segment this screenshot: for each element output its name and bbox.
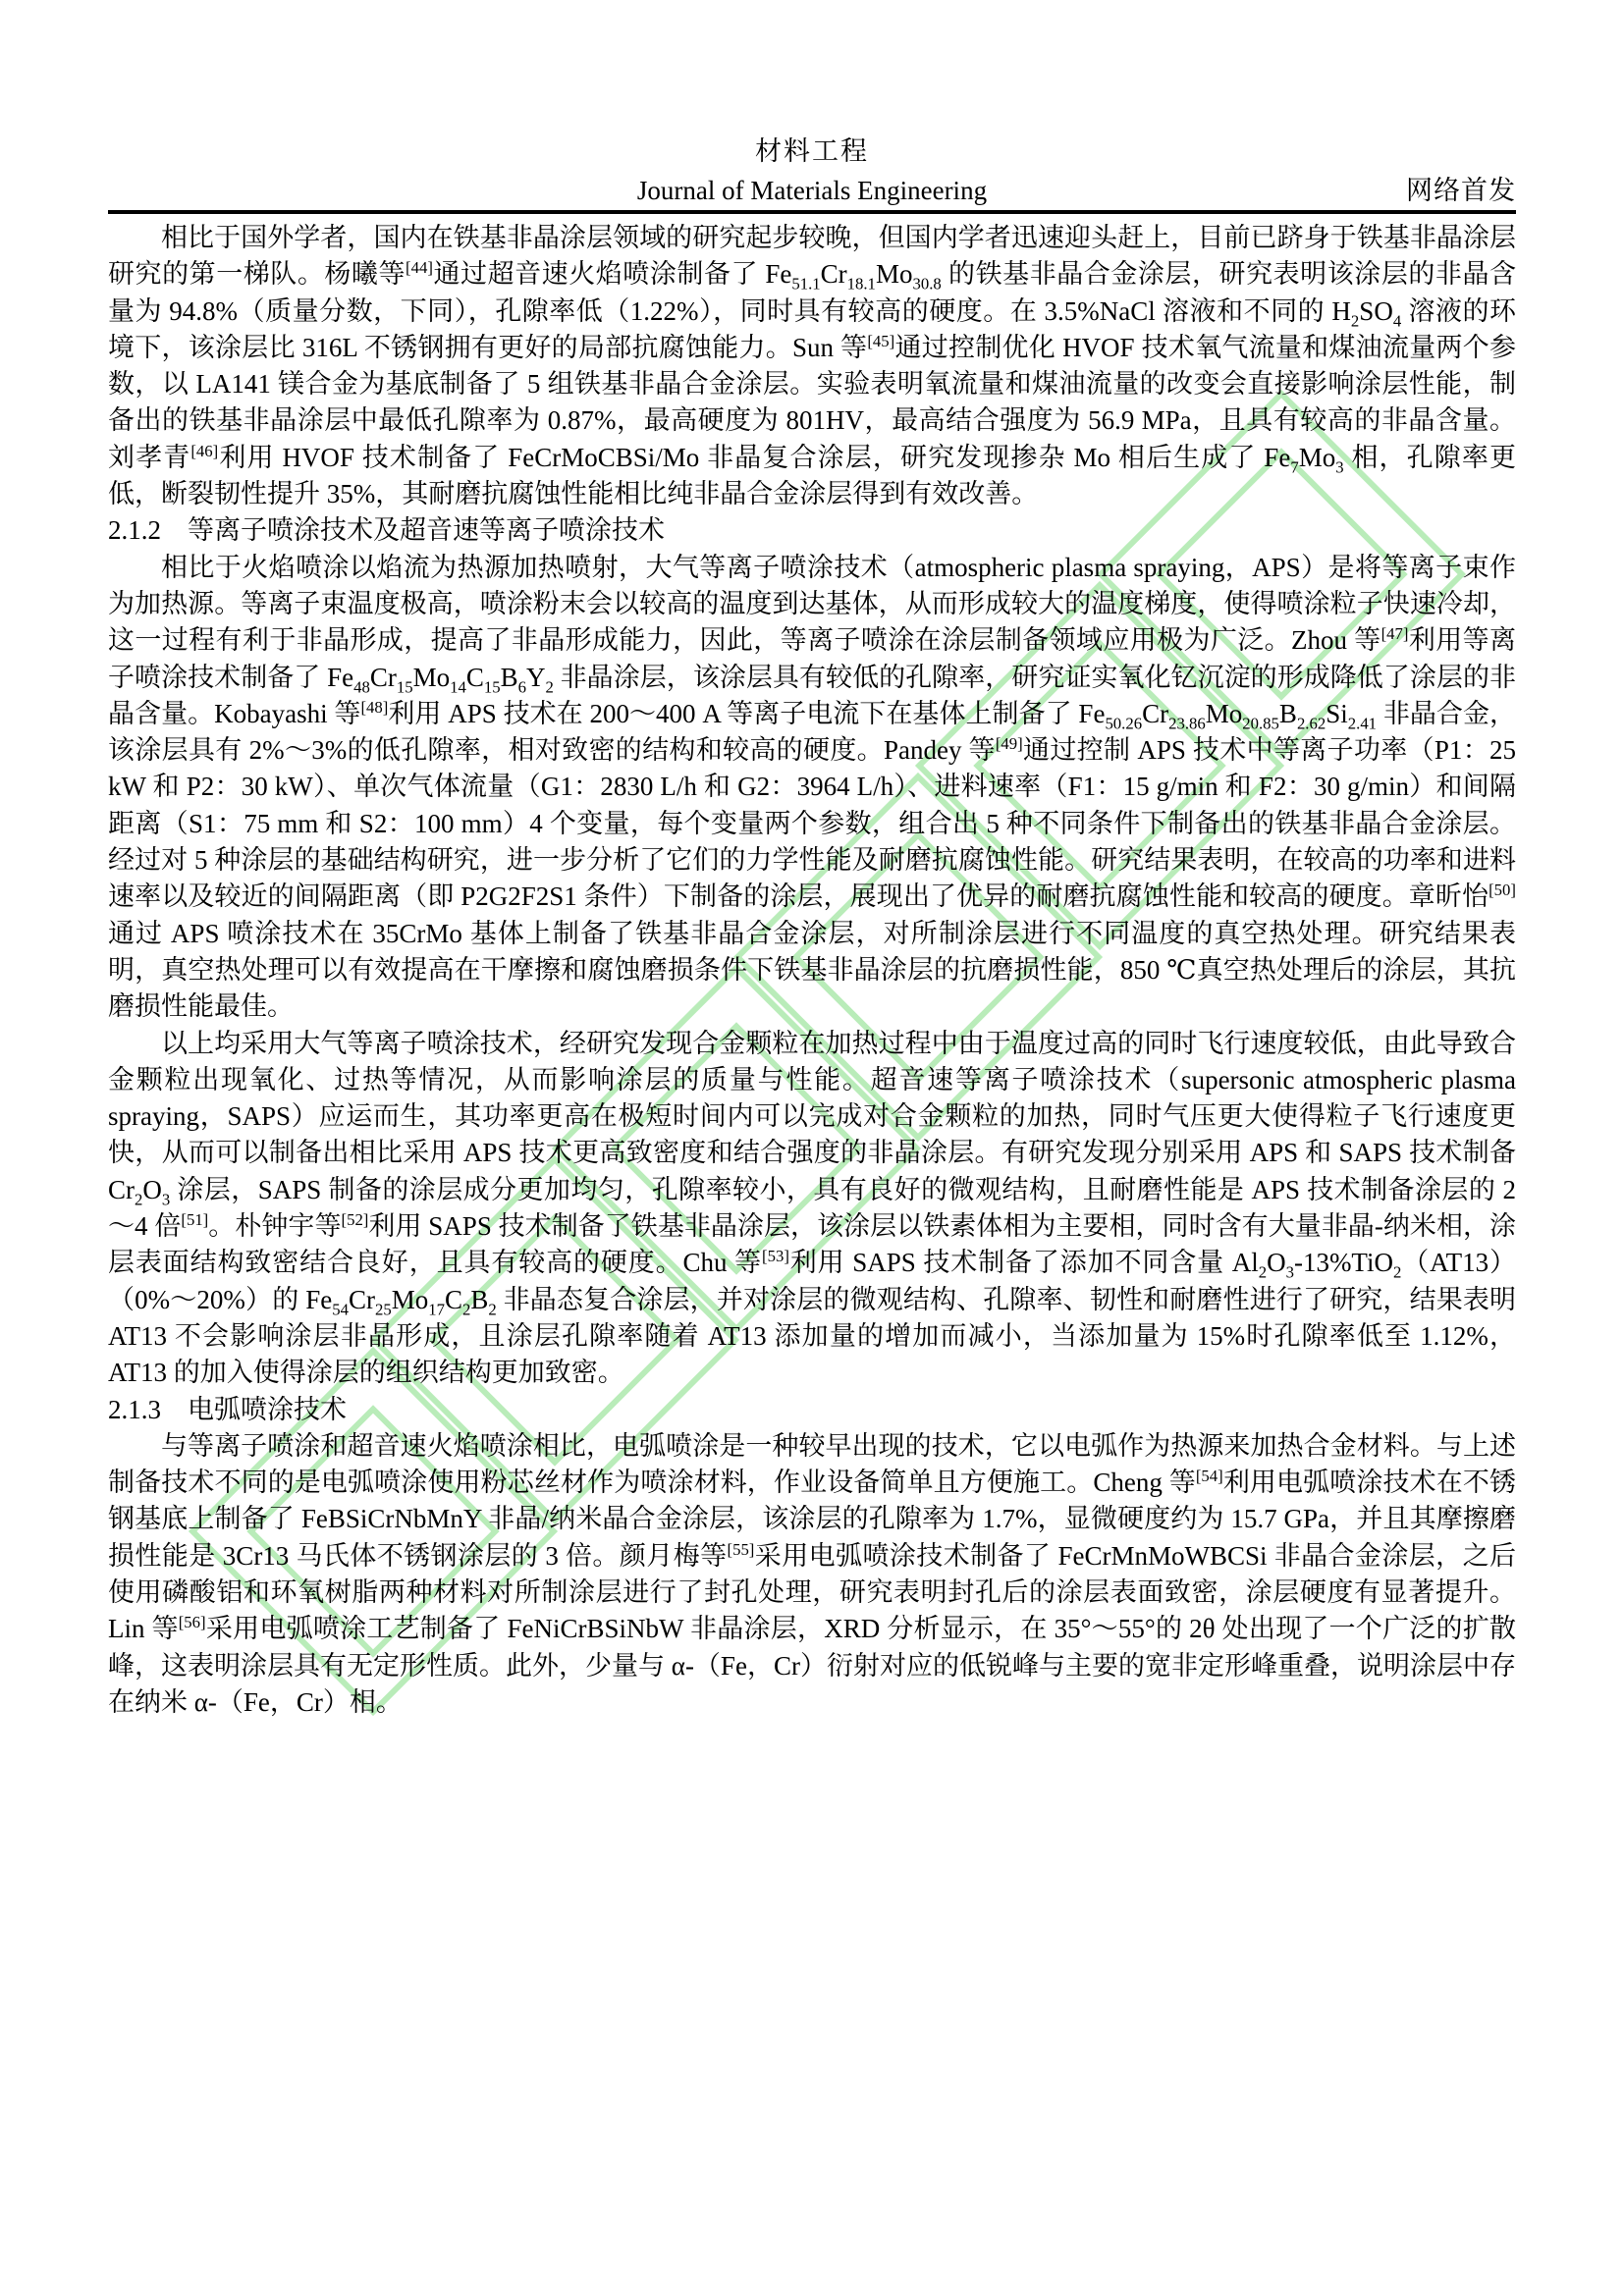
paragraph: 与等离子喷涂和超音速火焰喷涂相比，电弧喷涂是一种较早出现的技术，它以电弧作为热源… <box>108 1428 1516 1721</box>
paragraph: 以上均采用大气等离子喷涂技术，经研究发现合金颗粒在加热过程中由于温度过高的同时飞… <box>108 1026 1516 1392</box>
section-heading: 2.1.3 电弧喷涂技术 <box>108 1392 1516 1428</box>
paper-page: 材料工程 Journal of Materials Engineering 网络… <box>0 0 1624 2296</box>
journal-title-cn: 材料工程 <box>108 133 1516 169</box>
section-heading: 2.1.2 等离子喷涂技术及超音速等离子喷涂技术 <box>108 512 1516 549</box>
page-header: 材料工程 Journal of Materials Engineering 网络… <box>108 133 1516 209</box>
journal-title-en: Journal of Materials Engineering <box>637 176 987 205</box>
header-divider <box>108 210 1516 214</box>
paragraph: 相比于国外学者，国内在铁基非晶涂层领域的研究起步较晚，但国内学者迅速迎头赶上，目… <box>108 220 1516 512</box>
online-first-label: 网络首发 <box>1406 173 1516 208</box>
paragraph: 相比于火焰喷涂以焰流为热源加热喷射，大气等离子喷涂技术（atmospheric … <box>108 550 1516 1026</box>
article-body: 相比于国外学者，国内在铁基非晶涂层领域的研究起步较晚，但国内学者迅速迎头赶上，目… <box>108 220 1516 1721</box>
